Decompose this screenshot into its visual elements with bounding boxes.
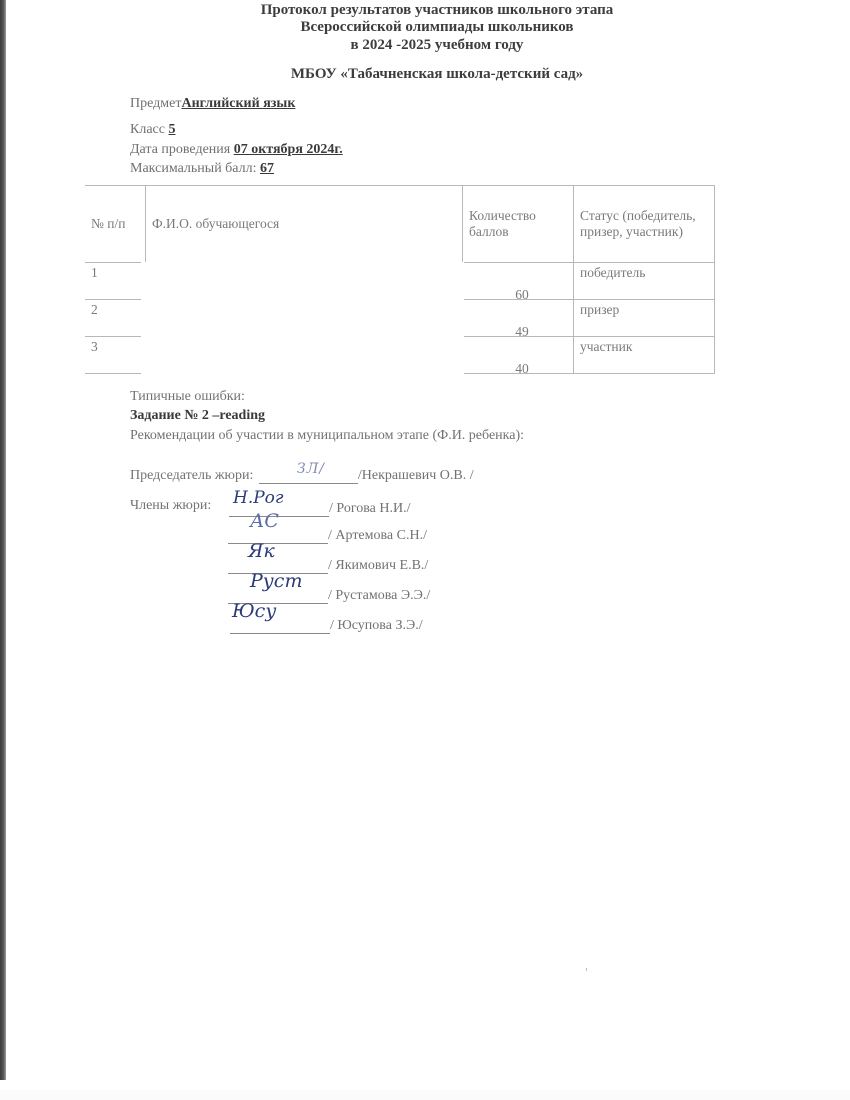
row-num: 2 [85,300,146,337]
member-signature-line: Юсу [230,615,330,634]
chair-signature-line: ЗЛ/ [259,469,358,484]
date-field: Дата проведения 07 октября 2024г. [130,142,343,158]
member-signature: АС [250,513,279,529]
jury-chair-row: Председатель жюри: ЗЛ//Некрашевич О.В. / [130,468,474,484]
school-name: МБОУ «Табачненская школа-детский сад» [12,66,850,83]
chair-name: /Некрашевич О.В. / [358,468,474,483]
class-field: Класс 5 [130,122,175,138]
member-signature-line: АС [228,525,328,544]
header-score: Количество баллов [463,186,574,263]
row-num: 1 [85,263,146,300]
typical-errors-label: Типичные ошибки: [130,389,245,405]
scan-bottom-edge [0,1090,850,1100]
recommendation-label: Рекомендации об участии в муниципальном … [130,428,524,444]
subject-field: ПредметАнглийский язык [130,96,295,112]
scan-edge-shadow [0,0,6,1080]
member-name: / Юсупова З.Э./ [330,618,423,633]
row-score: 60 [463,263,574,300]
academic-year: в 2024 -2025 учебном году [12,37,850,54]
member-signature: Н.Рог [233,490,284,506]
row-status: призер [574,300,715,337]
class-label: Класс [130,122,168,137]
member-signature: Як [248,543,275,559]
task-note: Задание № 2 –reading [130,408,265,424]
row-status: участник [574,337,715,374]
protocol-title: Протокол результатов участников школьног… [12,2,850,19]
member-signature-line: Н.Рог [229,498,329,517]
row-score: 49 [463,300,574,337]
chair-signature: ЗЛ/ [297,461,325,477]
row-score: 40 [463,337,574,374]
class-value: 5 [168,122,175,137]
header-num: № п/п [85,186,146,263]
header-status: Статус (победитель, призер, участник) [574,186,715,263]
row-score-value: 60 [515,287,529,302]
member-name: / Якимович Е.В./ [328,558,428,573]
member-name: / Артемова С.Н./ [328,528,427,543]
member-signature: Юсу [232,603,276,619]
redaction-box [141,262,464,374]
max-score-label: Максимальный балл: [130,161,260,176]
row-num: 3 [85,337,146,374]
max-score-field: Максимальный балл: 67 [130,161,274,177]
member-signature: Руст [250,573,302,589]
table-header-row: № п/п Ф.И.О. обучающегося Количество бал… [85,186,715,263]
row-status: победитель [574,263,715,300]
header-name: Ф.И.О. обучающегося [146,186,463,263]
row-score-value: 40 [515,361,529,376]
member-name: / Рустамова Э.Э./ [328,588,430,603]
date-value: 07 октября 2024г. [234,142,343,157]
subject-label: Предмет [130,96,181,111]
date-label: Дата проведения [130,142,234,157]
subject-value: Английский язык [181,96,295,111]
jury-member-row: Юсу/ Юсупова З.Э./ [230,615,423,634]
olympiad-title: Всероссийской олимпиады школьников [12,19,850,36]
member-name: / Рогова Н.И./ [329,501,410,516]
max-score-value: 67 [260,161,274,176]
chair-label: Председатель жюри: [130,468,257,483]
jury-members-label: Члены жюри: [130,498,211,514]
row-score-value: 49 [515,324,529,339]
scan-speck [586,968,587,971]
